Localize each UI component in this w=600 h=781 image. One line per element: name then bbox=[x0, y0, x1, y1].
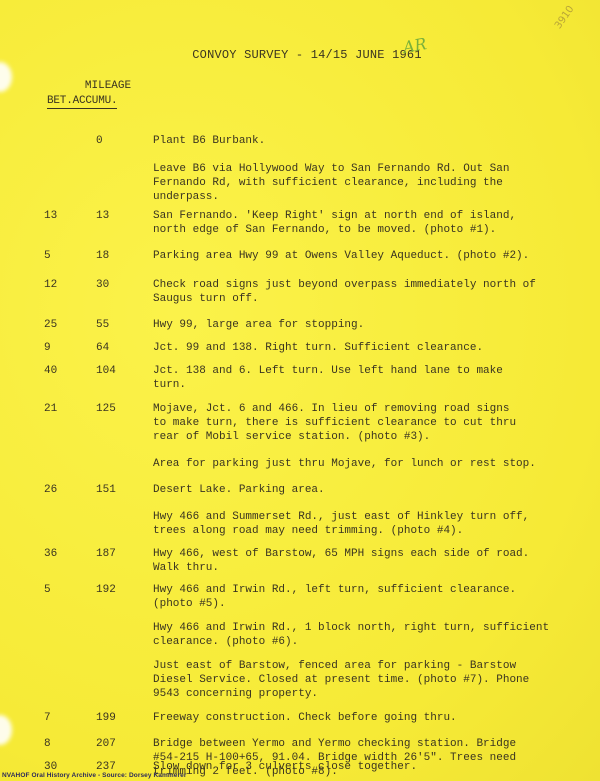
entry-description: Hwy 99, large area for stopping. bbox=[153, 318, 553, 332]
entry-description: Hwy 466 and Irwin Rd., 1 block north, ri… bbox=[153, 621, 553, 649]
mileage-between: 9 bbox=[44, 341, 68, 355]
punch-hole bbox=[0, 715, 12, 745]
mileage-between: 5 bbox=[44, 583, 68, 597]
corner-pencil-note: 3910 bbox=[553, 4, 577, 31]
mileage-between: 25 bbox=[44, 318, 68, 332]
mileage-accumulated: 187 bbox=[96, 547, 126, 561]
archive-footer: NVAHOF Oral History Archive - Source: Do… bbox=[2, 772, 186, 779]
mileage-accumulated: 207 bbox=[96, 737, 126, 751]
entry-description: Check road signs just beyond overpass im… bbox=[153, 278, 553, 306]
entry-description: Desert Lake. Parking area. bbox=[153, 483, 553, 497]
mileage-between: 40 bbox=[44, 364, 68, 378]
entry-description: Slow down for 3 culverts close together. bbox=[153, 760, 553, 774]
entry-description: Plant B6 Burbank. bbox=[153, 134, 553, 148]
punch-hole bbox=[0, 62, 12, 92]
entry-description: Mojave, Jct. 6 and 466. In lieu of remov… bbox=[153, 402, 553, 444]
mileage-between: 12 bbox=[44, 278, 68, 292]
mileage-between: 21 bbox=[44, 402, 68, 416]
mileage-accumulated: 199 bbox=[96, 711, 126, 725]
mileage-between: 7 bbox=[44, 711, 68, 725]
document-page: 3910 CONVOY SURVEY - 14/15 JUNE 1961 AR … bbox=[0, 0, 600, 781]
mileage-between: 13 bbox=[44, 209, 68, 223]
mileage-accumulated: 104 bbox=[96, 364, 126, 378]
document-title: CONVOY SURVEY - 14/15 JUNE 1961 bbox=[0, 48, 600, 62]
mileage-accumulated: 18 bbox=[96, 249, 126, 263]
entry-description: Leave B6 via Hollywood Way to San Fernan… bbox=[153, 162, 553, 204]
mileage-accumulated: 30 bbox=[96, 278, 126, 292]
entry-description: Jct. 138 and 6. Left turn. Use left hand… bbox=[153, 364, 553, 392]
mileage-accumulated: 151 bbox=[96, 483, 126, 497]
mileage-accumulated: 64 bbox=[96, 341, 126, 355]
entry-description: Freeway construction. Check before going… bbox=[153, 711, 553, 725]
mileage-columns-header: BET.ACCUMU. bbox=[47, 95, 117, 109]
mileage-accumulated: 192 bbox=[96, 583, 126, 597]
mileage-accumulated: 125 bbox=[96, 402, 126, 416]
mileage-between: 5 bbox=[44, 249, 68, 263]
mileage-between: 8 bbox=[44, 737, 68, 751]
mileage-accumulated: 55 bbox=[96, 318, 126, 332]
entry-description: Hwy 466 and Irwin Rd., left turn, suffic… bbox=[153, 583, 553, 611]
entry-description: San Fernando. 'Keep Right' sign at north… bbox=[153, 209, 553, 237]
entry-description: Area for parking just thru Mojave, for l… bbox=[153, 457, 553, 471]
mileage-between: 26 bbox=[44, 483, 68, 497]
entry-description: Just east of Barstow, fenced area for pa… bbox=[153, 659, 553, 701]
entry-description: Parking area Hwy 99 at Owens Valley Aque… bbox=[153, 249, 553, 263]
mileage-between: 36 bbox=[44, 547, 68, 561]
entry-description: Jct. 99 and 138. Right turn. Sufficient … bbox=[153, 341, 553, 355]
mileage-accumulated: 13 bbox=[96, 209, 126, 223]
entry-description: Hwy 466 and Summerset Rd., just east of … bbox=[153, 510, 553, 538]
handwritten-initials: AR bbox=[402, 34, 429, 57]
mileage-header: MILEAGE bbox=[78, 80, 138, 92]
mileage-accumulated: 0 bbox=[96, 134, 126, 148]
entry-description: Hwy 466, west of Barstow, 65 MPH signs e… bbox=[153, 547, 553, 575]
